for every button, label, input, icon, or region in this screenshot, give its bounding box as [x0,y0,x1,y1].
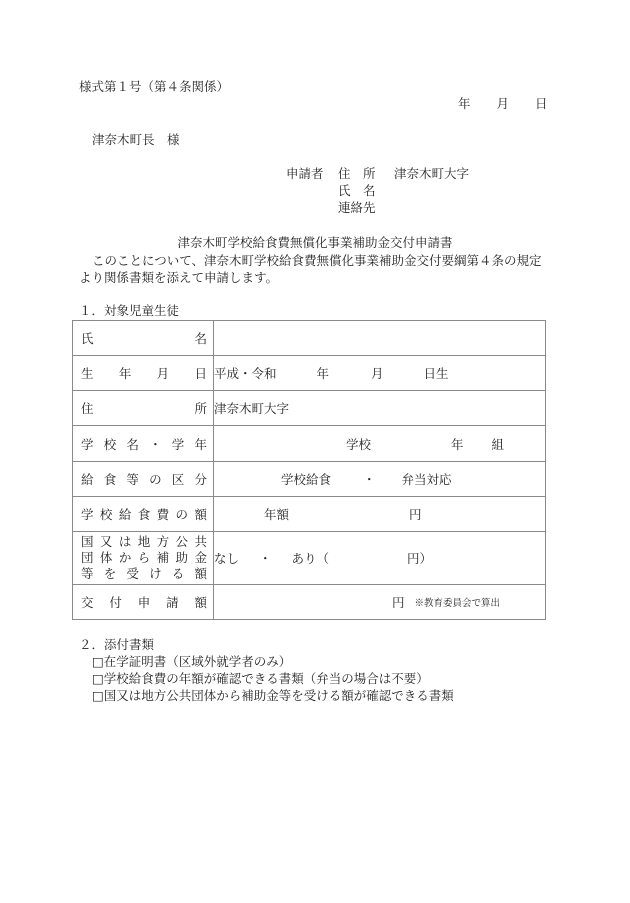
applicant-label: 申請者 [286,166,338,182]
contact-label: 連絡先 [338,200,394,216]
row-meal-type: 給食等の区分 学校給食 ・ 弁当対応 [73,462,546,497]
row-address: 住所 津奈木町大字 [73,391,546,426]
label-name: 氏名 [81,329,207,347]
meal-cost-field[interactable]: 年額 円 [214,497,546,532]
date-day: 日 [535,96,548,112]
row-birthdate: 生年月日 平成・令和 年 月 日生 [73,356,546,391]
addressee: 津奈木町長 様 [92,132,180,148]
label-meal-cost: 学校給食費の額 [81,505,207,523]
document-title: 津奈木町学校給食費無償化事業補助金交付申請書 [0,235,630,251]
row-meal-cost: 学校給食費の額 年額 円 [73,497,546,532]
date-line: 年月日 [458,96,548,112]
date-year: 年 [458,96,471,112]
form-number: 様式第１号（第４条関係） [79,79,229,95]
row-name: 氏名 [73,321,546,356]
school-field[interactable]: 学校 年 組 [214,426,546,462]
subsidy-field[interactable]: なし ・ あり（ 円） [214,532,546,585]
address-field[interactable]: 津奈木町大字 [214,391,546,426]
address-label: 住 所 [338,166,394,182]
row-subsidy: 国又は地方公共 団体から補助金 等を受ける額 なし ・ あり（ 円） [73,532,546,585]
meal-type-field[interactable]: 学校給食 ・ 弁当対応 [214,462,546,497]
label-school: 学校名・学年 [81,435,207,453]
birthdate-field[interactable]: 平成・令和 年 月 日生 [214,356,546,391]
date-month: 月 [497,96,510,112]
label-subsidy: 国又は地方公共 団体から補助金 等を受ける額 [81,534,207,582]
label-grant-amount: 交付申請額 [81,593,207,611]
applicant-block: 申請者住 所津奈木町大字 氏 名 連絡先 [286,166,469,217]
attachment-item[interactable]: □在学証明書（区域外就学者のみ） [92,654,291,670]
label-birthdate: 生年月日 [81,364,207,382]
student-info-table: 氏名 生年月日 平成・令和 年 月 日生 住所 津奈木町大字 学校名・学年 学校… [72,320,546,620]
section1-heading: １．対象児童生徒 [79,303,179,319]
attachment-item[interactable]: □学校給食費の年額が確認できる書類（弁当の場合は不要） [92,671,429,687]
section2-heading: ２．添付書類 [79,637,154,653]
document-body: このことについて、津奈木町学校給食費無償化事業補助金交付要綱第４条の規定より関係… [79,252,549,286]
row-school: 学校名・学年 学校 年 組 [73,426,546,462]
label-meal-type: 給食等の区分 [81,470,207,488]
label-address: 住所 [81,399,207,417]
attachment-item[interactable]: □国又は地方公共団体から補助金等を受ける額が確認できる書類 [92,688,454,704]
name-field[interactable] [214,321,546,356]
address-value: 津奈木町大字 [394,166,469,181]
name-label: 氏 名 [338,183,394,199]
grant-amount-field[interactable]: 円 ※教育委員会で算出 [214,585,546,620]
row-grant-amount: 交付申請額 円 ※教育委員会で算出 [73,585,546,620]
grant-note: ※教育委員会で算出 [415,595,501,609]
